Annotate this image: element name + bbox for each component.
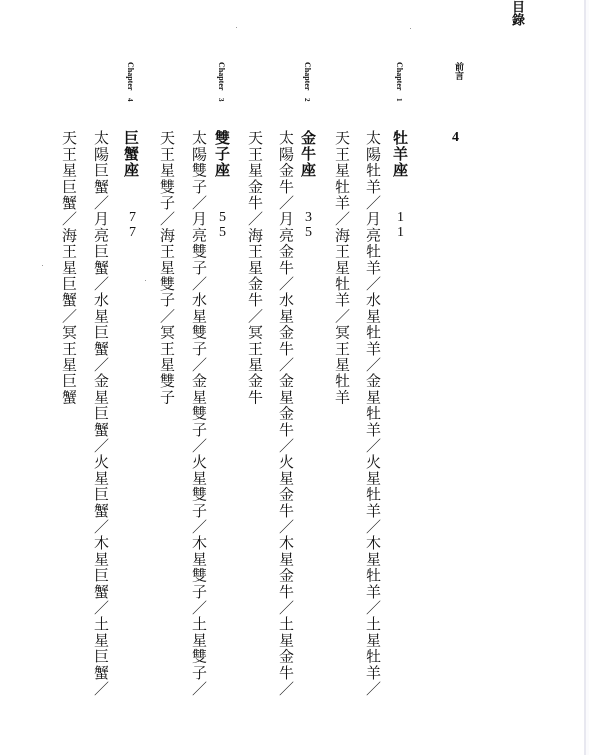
chapter-1-entries-line-1: 太陽牡羊／月亮牡羊／水星牡羊／金星牡羊／火星牡羊／木星牡羊／土星牡羊／ xyxy=(364,130,381,697)
chapter-4-entries-line-2: 天王星巨蟹／海王星巨蟹／冥王星巨蟹 xyxy=(60,130,77,405)
chapter-1-page-number: 11 xyxy=(392,210,409,240)
scan-speck xyxy=(236,27,237,28)
chapter-1-title[interactable]: 牡羊座 xyxy=(391,130,408,178)
chapter-3-page-number: 55 xyxy=(214,210,231,240)
chapter-word: Chapter xyxy=(126,62,135,90)
chapter-4-entries-line-1: 太陽巨蟹／月亮巨蟹／水星巨蟹／金星巨蟹／火星巨蟹／木星巨蟹／土星巨蟹／ xyxy=(92,130,109,697)
chapter-4-title[interactable]: 巨蟹座 xyxy=(122,130,139,178)
chapter-2-page-number: 35 xyxy=(300,210,317,240)
chapter-3-entries-line-2: 天王星雙子／海王星雙子／冥王星雙子 xyxy=(158,130,175,405)
chapter-2-entries-line-1: 太陽金牛／月亮金牛／水星金牛／金星金牛／火星金牛／木星金牛／土星金牛／ xyxy=(277,130,294,697)
chapter-number: 1 xyxy=(394,98,404,102)
chapter-3-title[interactable]: 雙子座 xyxy=(213,130,230,178)
chapter-2-label: Chapter 2 xyxy=(302,62,312,102)
page-edge xyxy=(584,0,589,755)
chapter-number: 2 xyxy=(302,98,312,102)
scan-speck xyxy=(145,280,146,281)
chapter-3-label: Chapter 3 xyxy=(216,62,226,102)
chapter-3-entries-line-1: 太陽雙子／月亮雙子／水星雙子／金星雙子／火星雙子／木星雙子／土星雙子／ xyxy=(190,130,207,697)
chapter-4-label: Chapter 4 xyxy=(125,62,135,102)
chapter-4-page-number: 77 xyxy=(124,210,141,240)
preface-page-number: 4 xyxy=(452,130,459,146)
chapter-number: 3 xyxy=(216,98,226,102)
chapter-word: Chapter xyxy=(217,62,226,90)
chapter-1-entries-line-2: 天王星牡羊／海王星牡羊／冥王星牡羊 xyxy=(333,130,350,405)
scan-speck xyxy=(410,28,411,29)
chapter-word: Chapter xyxy=(303,62,312,90)
running-title: 目錄 xyxy=(508,0,524,26)
chapter-number: 4 xyxy=(125,98,135,102)
chapter-1-label: Chapter 1 xyxy=(394,62,404,102)
scan-speck xyxy=(42,265,43,266)
chapter-word: Chapter xyxy=(395,62,404,90)
preface-title: 前言 xyxy=(453,62,463,80)
chapter-2-entries-line-2: 天王星金牛／海王星金牛／冥王星金牛 xyxy=(246,130,263,405)
chapter-2-title[interactable]: 金牛座 xyxy=(299,130,316,178)
toc-page: 目錄 前言 4 Chapter 1 牡羊座 11 太陽牡羊／月亮牡羊／水星牡羊／… xyxy=(0,0,584,755)
